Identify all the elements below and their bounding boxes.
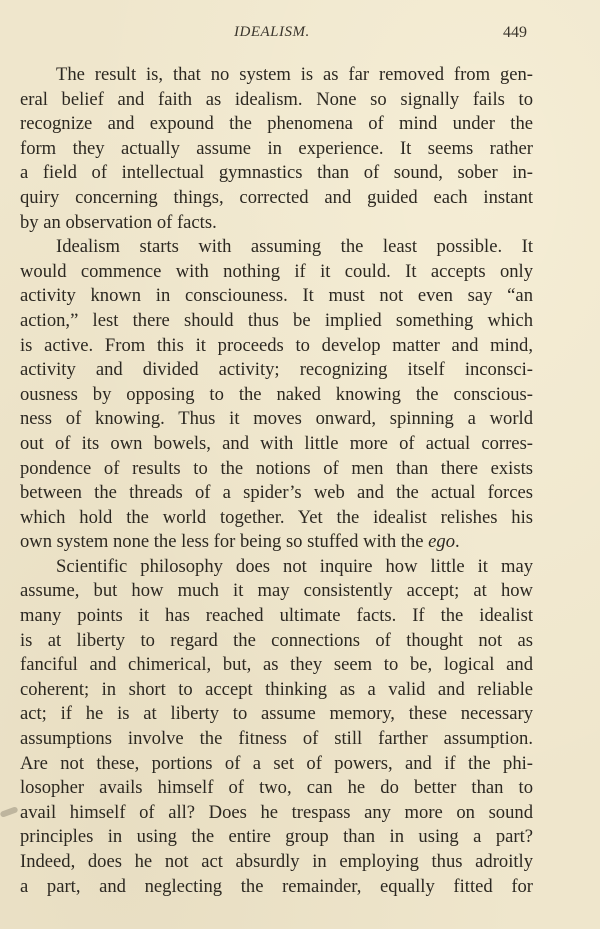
text-line: a part, and neglecting the remainder, eq… xyxy=(20,875,533,900)
text-line: fanciful and chimerical, but, as they se… xyxy=(20,653,533,678)
text-line: between the threads of a spider’s web an… xyxy=(20,481,533,506)
text-line: a field of intellectual gymnastics than … xyxy=(20,161,533,186)
text-fragment: . xyxy=(455,531,460,552)
text-line: assumptions involve the fitness of still… xyxy=(20,727,533,752)
text-line: quiry concerning things, corrected and g… xyxy=(20,186,533,211)
text-line: principles in using the entire group tha… xyxy=(20,825,533,850)
text-line: is active. From this it proceeds to deve… xyxy=(20,334,533,359)
text-line: Indeed, does he not act absurdly in empl… xyxy=(20,850,533,875)
text-line: activity and divided activity; recognizi… xyxy=(20,358,533,383)
page-number: 449 xyxy=(503,24,527,42)
margin-smudge xyxy=(0,806,18,818)
text-line: Are not these, portions of a set of powe… xyxy=(20,752,533,777)
text-line: which hold the world together. Yet the i… xyxy=(20,506,533,531)
text-line: coherent; in short to accept thinking as… xyxy=(20,678,533,703)
body-text: The result is, that no system is as far … xyxy=(20,63,533,899)
text-line: action,” lest there should thus be impli… xyxy=(20,309,533,334)
text-line: own system none the less for being so st… xyxy=(20,530,533,555)
text-line: The result is, that no system is as far … xyxy=(20,63,533,88)
text-line: many points it has reached ultimate fact… xyxy=(20,604,533,629)
text-line: Idealism starts with assuming the least … xyxy=(20,235,533,260)
text-line: form they actually assume in experience.… xyxy=(20,137,533,162)
text-line: would commence with nothing if it could.… xyxy=(20,260,533,285)
text-line: ousness by opposing to the naked knowing… xyxy=(20,383,533,408)
text-line: assume, but how much it may consistently… xyxy=(20,579,533,604)
text-line: out of its own bowels, and with little m… xyxy=(20,432,533,457)
book-page: IDEALISM. 449 The result is, that no sys… xyxy=(0,0,600,929)
running-head: IDEALISM. 449 xyxy=(0,24,600,46)
text-line: act; if he is at liberty to assume memor… xyxy=(20,702,533,727)
text-line: losopher avails himself of two, can he d… xyxy=(20,776,533,801)
text-line: avail himself of all? Does he trespass a… xyxy=(20,801,533,826)
text-line: pondence of results to the notions of me… xyxy=(20,457,533,482)
text-line: Scientific philosophy does not inquire h… xyxy=(20,555,533,580)
italic-word-ego: ego xyxy=(428,531,455,552)
text-fragment: own system none the less for being so st… xyxy=(20,531,428,552)
text-line: activity known in consciouness. It must … xyxy=(20,284,533,309)
text-line: is at liberty to regard the connections … xyxy=(20,629,533,654)
text-line: ness of knowing. Thus it moves onward, s… xyxy=(20,407,533,432)
running-title: IDEALISM. xyxy=(234,24,310,41)
text-line: eral belief and faith as idealism. None … xyxy=(20,88,533,113)
text-line: by an observation of facts. xyxy=(20,211,533,236)
text-line: recognize and expound the phenomena of m… xyxy=(20,112,533,137)
